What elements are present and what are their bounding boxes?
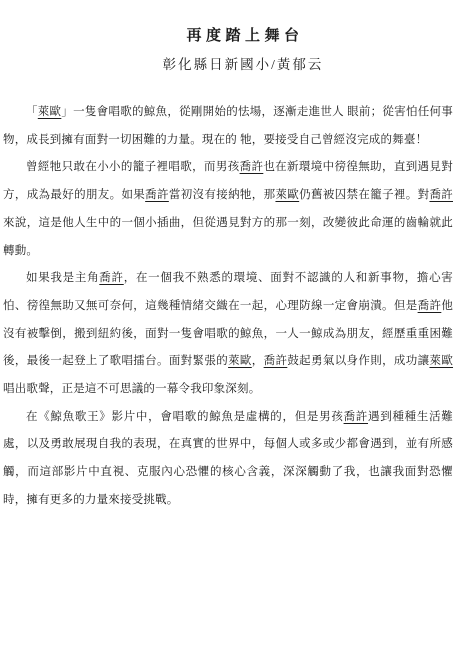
proper-noun-underlined: 喬許 xyxy=(99,272,123,284)
proper-noun-underlined: 喬許 xyxy=(240,161,264,173)
paragraph: 如果我是主角喬許，在一個我不熟悉的環境、面對不認識的人和新事物，擔心害怕、徬徨無… xyxy=(3,265,453,404)
proper-noun-underlined: 喬許 xyxy=(418,300,442,312)
proper-noun-underlined: 萊歐 xyxy=(429,355,453,367)
text-segment: ， xyxy=(252,355,264,367)
proper-noun-underlined: 萊歐 xyxy=(228,355,252,367)
page-title: 再度踏上舞台 xyxy=(16,24,458,45)
text-segment: 」一隻會唱歌的鯨魚，從剛開始的怯場，逐漸走進世人 眼前；從害怕任何事物，成長到擁… xyxy=(3,106,453,146)
text-segment: 如果我是主角 xyxy=(26,272,99,284)
proper-noun-underlined: 喬許 xyxy=(264,355,288,367)
paragraph: 曾經牠只敢在小小的籠子裡唱歌，而男孩喬許也在新環境中徬徨無助，直到遇見對方，成為… xyxy=(3,154,453,265)
text-segment: 「 xyxy=(26,106,38,118)
text-segment: 來說，這是他人生中的一個小插曲，但從遇見對方的那一刻，改變彼此命運的齒輪就此轉動… xyxy=(3,217,453,257)
text-segment: 當初沒有接納牠，那 xyxy=(169,189,276,201)
byline: 彰化縣日新國小/黃郁云 xyxy=(14,53,458,73)
text-segment: 鼓起勇氣以身作則，成功讓 xyxy=(287,355,429,367)
text-segment: 曾經牠只敢在小小的籠子裡唱歌，而男孩 xyxy=(26,161,240,173)
text-segment: 在《鯨魚歌王》影片中，會唱歌的鯨魚是虛構的，但是男孩 xyxy=(26,411,344,423)
essay-body: 「萊歐」一隻會唱歌的鯨魚，從剛開始的怯場，逐漸走進世人 眼前；從害怕任何事物，成… xyxy=(3,99,453,515)
proper-noun-underlined: 喬許 xyxy=(145,189,169,201)
text-segment: 仍舊被囚禁在籠子裡。對 xyxy=(299,189,429,201)
proper-noun-underlined: 萊歐 xyxy=(275,189,299,201)
proper-noun-underlined: 喬許 xyxy=(344,411,368,423)
text-segment: 唱出歌聲，正是這不可思議的一幕令我印象深刻。 xyxy=(3,383,260,395)
text-segment: 遇到種種生活難處，以及勇敢展現自我的表現，在真實的世界中，每個人或多或少都會遇到… xyxy=(3,411,453,506)
paragraph: 「萊歐」一隻會唱歌的鯨魚，從剛開始的怯場，逐漸走進世人 眼前；從害怕任何事物，成… xyxy=(3,99,453,154)
document-page: 再度踏上舞台 彰化縣日新國小/黃郁云 「萊歐」一隻會唱歌的鯨魚，從剛開始的怯場，… xyxy=(0,0,458,648)
proper-noun-underlined: 萊歐 xyxy=(38,106,62,118)
proper-noun-underlined: 喬許 xyxy=(429,189,453,201)
paragraph: 在《鯨魚歌王》影片中，會唱歌的鯨魚是虛構的，但是男孩喬許遇到種種生活難處，以及勇… xyxy=(3,404,453,515)
